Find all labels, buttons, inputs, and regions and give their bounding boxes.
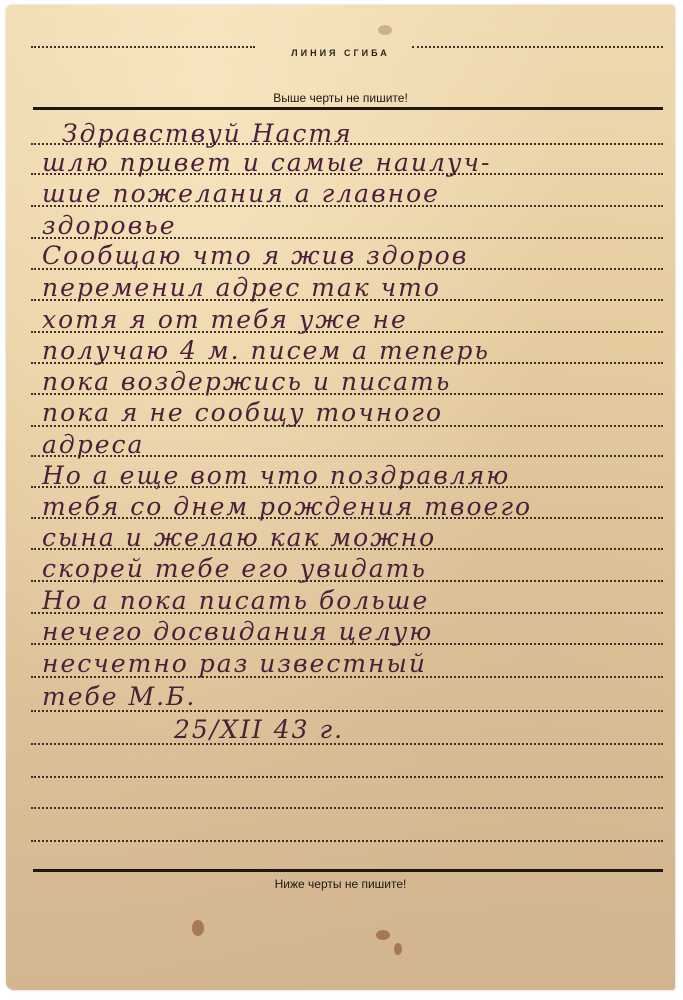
ruled-line — [31, 776, 663, 778]
letter-signature: тебе М.Б. — [42, 684, 196, 709]
stain-mark — [192, 920, 204, 936]
letter-line: тебя со днем рождения твоего — [42, 494, 532, 519]
ruled-line — [31, 743, 663, 745]
letter-line: хотя я от тебя уже не — [42, 307, 408, 332]
bottom-notice: Ниже черты не пишите! — [6, 877, 675, 891]
letter-line: Но а пока писать больше — [42, 588, 429, 613]
letter-line: переменил адрес так что — [42, 275, 441, 300]
top-rule — [33, 107, 663, 110]
letter-line: получаю 4 м. писем а теперь — [42, 338, 490, 363]
letter-line: скорей тебе его увидать — [42, 556, 427, 581]
letter-line: Сообщаю что я жив здоров — [42, 243, 468, 268]
ruled-line — [31, 840, 663, 842]
letter-line: несчетно раз известный — [42, 651, 427, 676]
fold-line-label: ЛИНИЯ СГИБА — [6, 41, 675, 60]
letter-line: адреса — [42, 432, 144, 457]
letter-line: пока я не сообщу точного — [42, 400, 443, 425]
letter-line: шие пожелания а главное — [42, 181, 440, 206]
letter-date: 25/XII 43 г. — [174, 717, 344, 742]
letter-line-greeting: Здравствуй Настя — [62, 121, 353, 146]
letter-line: шлю привет и самые наилуч- — [42, 150, 491, 175]
letter-line: Но а еще вот что поздравляю — [42, 463, 510, 488]
bottom-rule — [33, 869, 663, 872]
letter-line: сына и желаю как можно — [42, 525, 436, 550]
ruled-line — [31, 807, 663, 809]
fold-line-text: ЛИНИЯ СГИБА — [291, 48, 389, 58]
stain-mark — [376, 930, 390, 940]
stain-mark — [378, 25, 392, 35]
letter-line: нечего досвидания целую — [42, 619, 433, 644]
letter-sheet: ЛИНИЯ СГИБА Выше черты не пишите! Ниже ч… — [6, 5, 675, 990]
top-notice: Выше черты не пишите! — [6, 91, 675, 105]
stain-mark — [394, 943, 402, 955]
letter-line: здоровье — [42, 213, 177, 238]
letter-line: пока воздержись и писать — [42, 369, 451, 394]
